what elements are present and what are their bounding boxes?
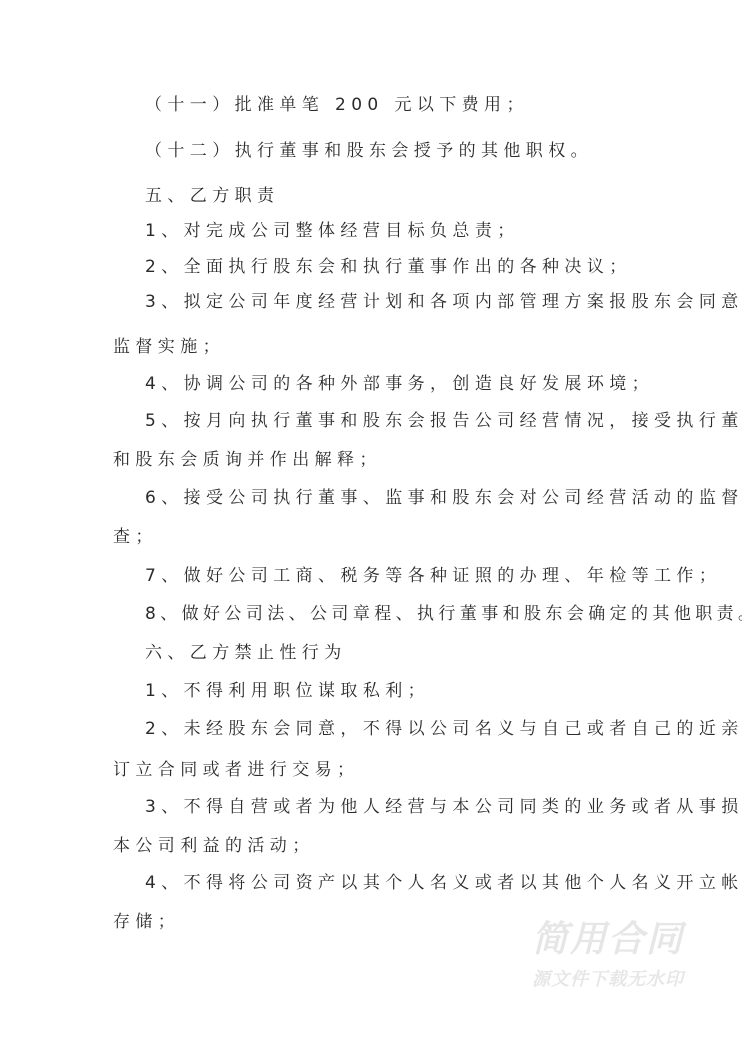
duty-item-3-cont: 监督实施；	[113, 337, 633, 357]
prohibition-item-4: 4、不得将公司资产以其个人名义或者以其他个人名义开立帐户	[145, 873, 665, 893]
prohibition-item-2-cont: 订立合同或者进行交易；	[113, 760, 633, 780]
prohibition-item-3: 3、不得自营或者为他人经营与本公司同类的业务或者从事损害	[145, 797, 665, 817]
prohibition-item-1: 1、不得利用职位谋取私利；	[145, 681, 665, 701]
watermark-subtitle: 源文件下载无水印	[508, 968, 708, 992]
section-heading-5: 五、乙方职责	[145, 186, 665, 206]
duty-item-3: 3、拟定公司年度经营计划和各项内部管理方案报股东会同意后	[145, 292, 665, 312]
document-page: （十一）批准单笔 200 元以下费用； （十二）执行董事和股东会授予的其他职权。…	[0, 0, 742, 1049]
prohibition-item-4-cont: 存储；	[113, 912, 633, 932]
duty-item-6-cont: 查；	[113, 527, 633, 547]
section-heading-6: 六、乙方禁止性行为	[145, 643, 665, 663]
duty-item-5-cont: 和股东会质询并作出解释；	[113, 450, 633, 470]
duty-item-8: 8、做好公司法、公司章程、执行董事和股东会确定的其他职责。	[145, 604, 665, 624]
duty-item-7: 7、做好公司工商、税务等各种证照的办理、年检等工作；	[145, 566, 665, 586]
duty-item-2: 2、全面执行股东会和执行董事作出的各种决议；	[145, 257, 665, 277]
prohibition-item-2: 2、未经股东会同意，不得以公司名义与自己或者自己的近亲属	[145, 719, 665, 739]
prohibition-item-3-cont: 本公司利益的活动；	[113, 836, 633, 856]
clause-12: （十二）执行董事和股东会授予的其他职权。	[145, 141, 665, 161]
clause-11: （十一）批准单笔 200 元以下费用；	[145, 95, 665, 115]
duty-item-5: 5、按月向执行董事和股东会报告公司经营情况，接受执行董事	[145, 411, 665, 431]
duty-item-4: 4、协调公司的各种外部事务，创造良好发展环境；	[145, 374, 665, 394]
duty-item-1: 1、对完成公司整体经营目标负总责；	[145, 221, 665, 241]
duty-item-6: 6、接受公司执行董事、监事和股东会对公司经营活动的监督检	[145, 488, 665, 508]
